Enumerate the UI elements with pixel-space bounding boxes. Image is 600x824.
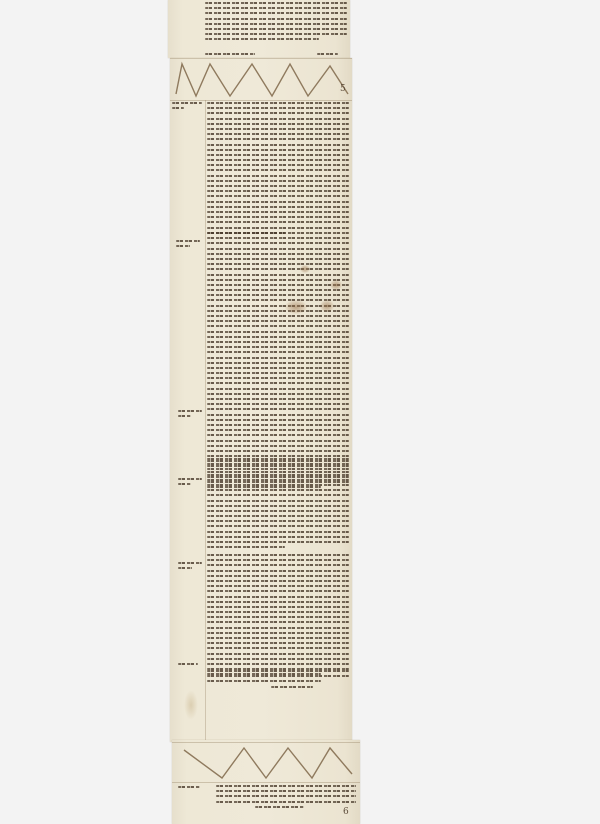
text-block-bottom [216,785,356,811]
margin-note [178,478,202,488]
parchment-crease [184,690,198,720]
membrane-seam [172,782,360,783]
membrane-number-5: 5 [340,84,346,94]
manuscript-scan: 5 [0,0,600,824]
membrane-seam [170,100,352,101]
stain [285,300,307,314]
stain [320,300,334,312]
text-block-main-5 [207,670,349,691]
membrane-seam [170,58,352,59]
stain [300,265,310,273]
text-block-main-1 [207,102,349,237]
text-block-main-2 [207,232,349,491]
margin-note [178,410,202,420]
margin-note [178,663,198,668]
text-block-main-3 [207,458,349,551]
margin-note [178,786,200,791]
margin-ruling [205,100,206,740]
stain [330,280,342,290]
zigzag-decoration-top [172,60,350,100]
text-block-main-4 [207,554,349,679]
zigzag-decoration-bottom [182,744,358,782]
membrane-seam [172,742,360,743]
margin-note [178,562,202,572]
text-block-top [205,2,347,63]
margin-note [172,102,202,112]
margin-note [176,240,200,250]
